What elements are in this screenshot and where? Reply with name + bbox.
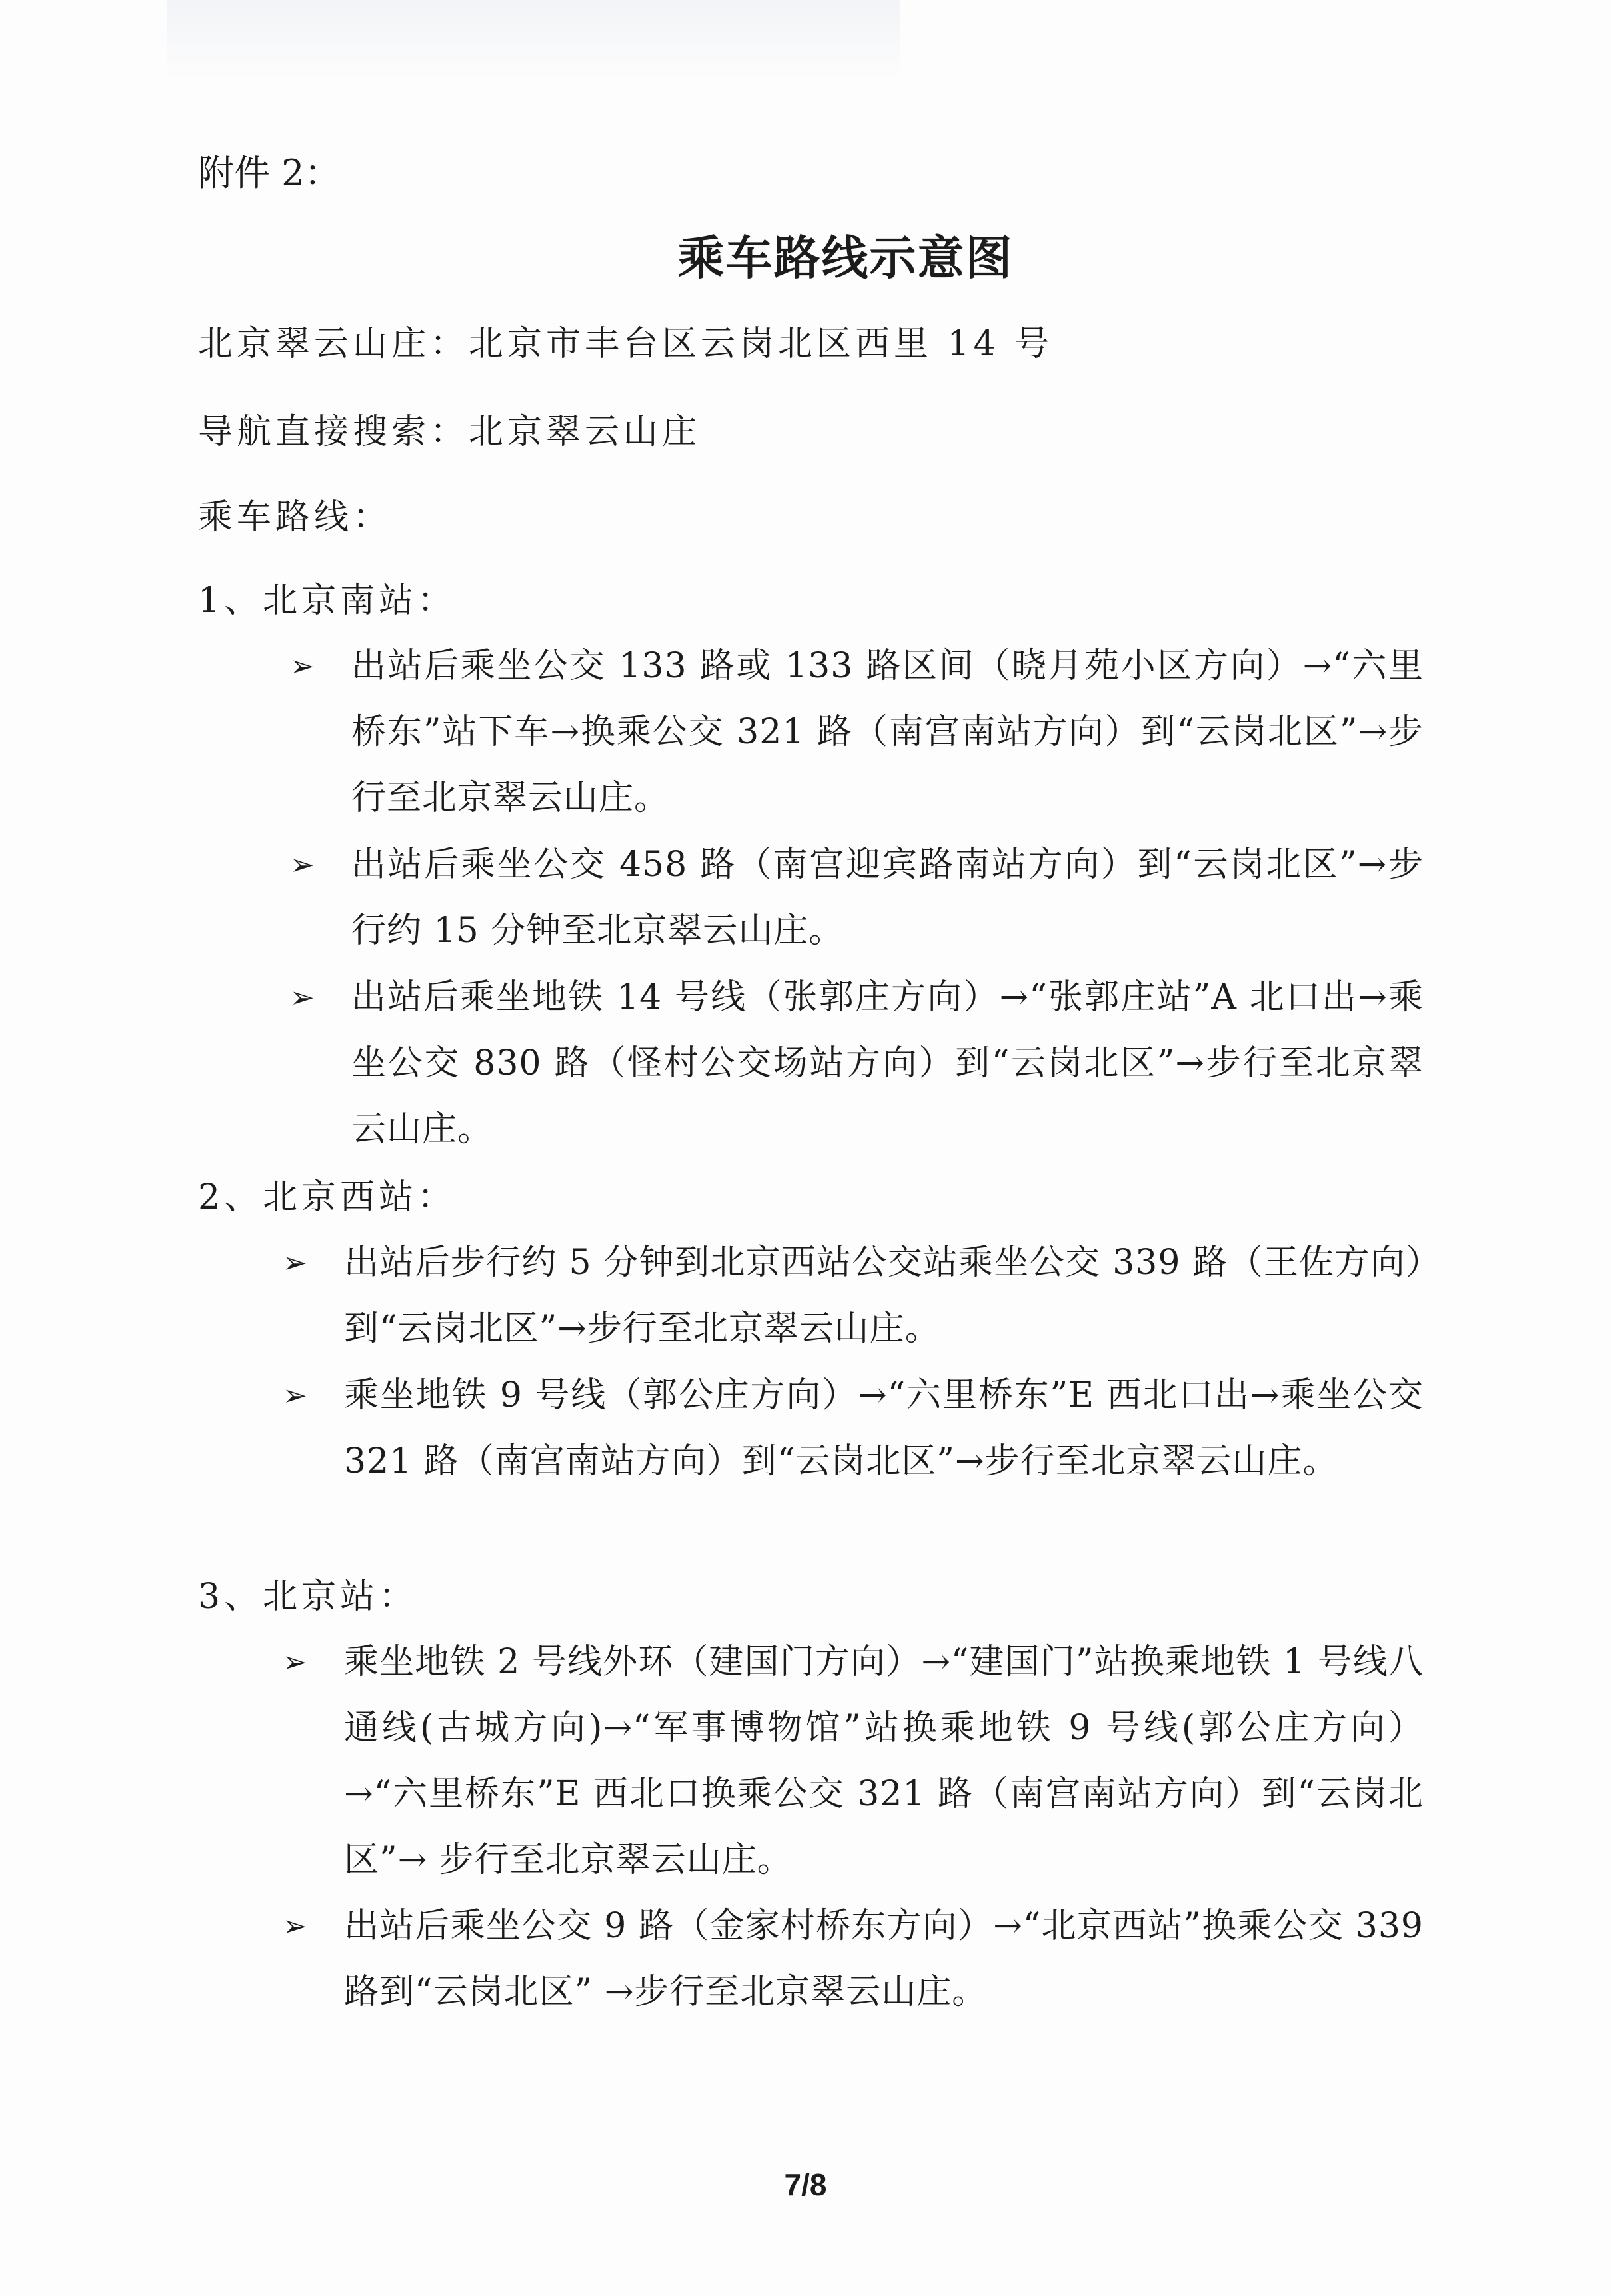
routes-heading: 乘车路线： <box>198 494 391 541</box>
arrowhead-bullet-icon: ➢ <box>283 1893 308 1959</box>
route-text: 出站后乘坐公交 458 路（南宫迎宾路南站方向）到“云岗北区”→步行约 15 分… <box>351 832 1424 964</box>
arrowhead-bullet-icon: ➢ <box>283 1230 308 1296</box>
route-text: 出站后乘坐公交 133 路或 133 路区间（晓月苑小区方向）→“六里桥东”站下… <box>351 633 1424 831</box>
route-text: 乘坐地铁 2 号线外环（建国门方向）→“建国门”站换乘地铁 1 号线八通线(古城… <box>344 1629 1424 1893</box>
address-line: 北京翠云山庄：北京市丰台区云岗北区西里 14 号 <box>198 321 1053 367</box>
route-item: ➢ 出站后乘坐地铁 14 号线（张郭庄方向）→“张郭庄站”A 北口出→乘坐公交 … <box>351 965 1424 1163</box>
arrowhead-bullet-icon: ➢ <box>283 1629 308 1695</box>
section-heading-beijing-station: 3、北京站： <box>198 1573 417 1620</box>
annex-label: 附件 2： <box>198 150 341 197</box>
route-item: ➢ 乘坐地铁 9 号线（郭公庄方向）→“六里桥东”E 西北口出→乘坐公交 321… <box>344 1363 1424 1495</box>
address-label: 北京翠云山庄： <box>198 324 469 364</box>
route-text: 乘坐地铁 9 号线（郭公庄方向）→“六里桥东”E 西北口出→乘坐公交 321 路… <box>344 1363 1424 1495</box>
route-item: ➢ 出站后步行约 5 分钟到北京西站公交站乘坐公交 339 路（王佐方向）到“云… <box>344 1230 1424 1362</box>
navigation-value: 北京翠云山庄 <box>469 412 701 452</box>
route-item: ➢ 出站后乘坐公交 9 路（金家村桥东方向）→“北京西站”换乘公交 339 路到… <box>344 1893 1424 2025</box>
arrowhead-bullet-icon: ➢ <box>290 633 315 699</box>
page-title: 乘车路线示意图 <box>0 230 1611 286</box>
route-text: 出站后乘坐公交 9 路（金家村桥东方向）→“北京西站”换乘公交 339 路到“云… <box>344 1893 1424 2025</box>
section-heading-beijing-south: 1、北京南站： <box>198 577 456 624</box>
route-text: 出站后步行约 5 分钟到北京西站公交站乘坐公交 339 路（王佐方向）到“云岗北… <box>344 1230 1424 1362</box>
scan-artifact <box>167 0 900 80</box>
section-heading-beijing-west: 2、北京西站： <box>198 1174 456 1221</box>
route-item: ➢ 出站后乘坐公交 133 路或 133 路区间（晓月苑小区方向）→“六里桥东”… <box>351 633 1424 831</box>
page-number: 7/8 <box>0 2167 1611 2203</box>
route-item: ➢ 乘坐地铁 2 号线外环（建国门方向）→“建国门”站换乘地铁 1 号线八通线(… <box>344 1629 1424 1893</box>
route-item: ➢ 出站后乘坐公交 458 路（南宫迎宾路南站方向）到“云岗北区”→步行约 15… <box>351 832 1424 964</box>
arrowhead-bullet-icon: ➢ <box>290 965 315 1031</box>
arrowhead-bullet-icon: ➢ <box>290 832 315 898</box>
navigation-label: 导航直接搜索： <box>198 412 469 452</box>
arrowhead-bullet-icon: ➢ <box>283 1363 308 1429</box>
route-text: 出站后乘坐地铁 14 号线（张郭庄方向）→“张郭庄站”A 北口出→乘坐公交 83… <box>351 965 1424 1163</box>
navigation-line: 导航直接搜索：北京翠云山庄 <box>198 409 701 455</box>
address-value: 北京市丰台区云岗北区西里 14 号 <box>469 324 1053 364</box>
